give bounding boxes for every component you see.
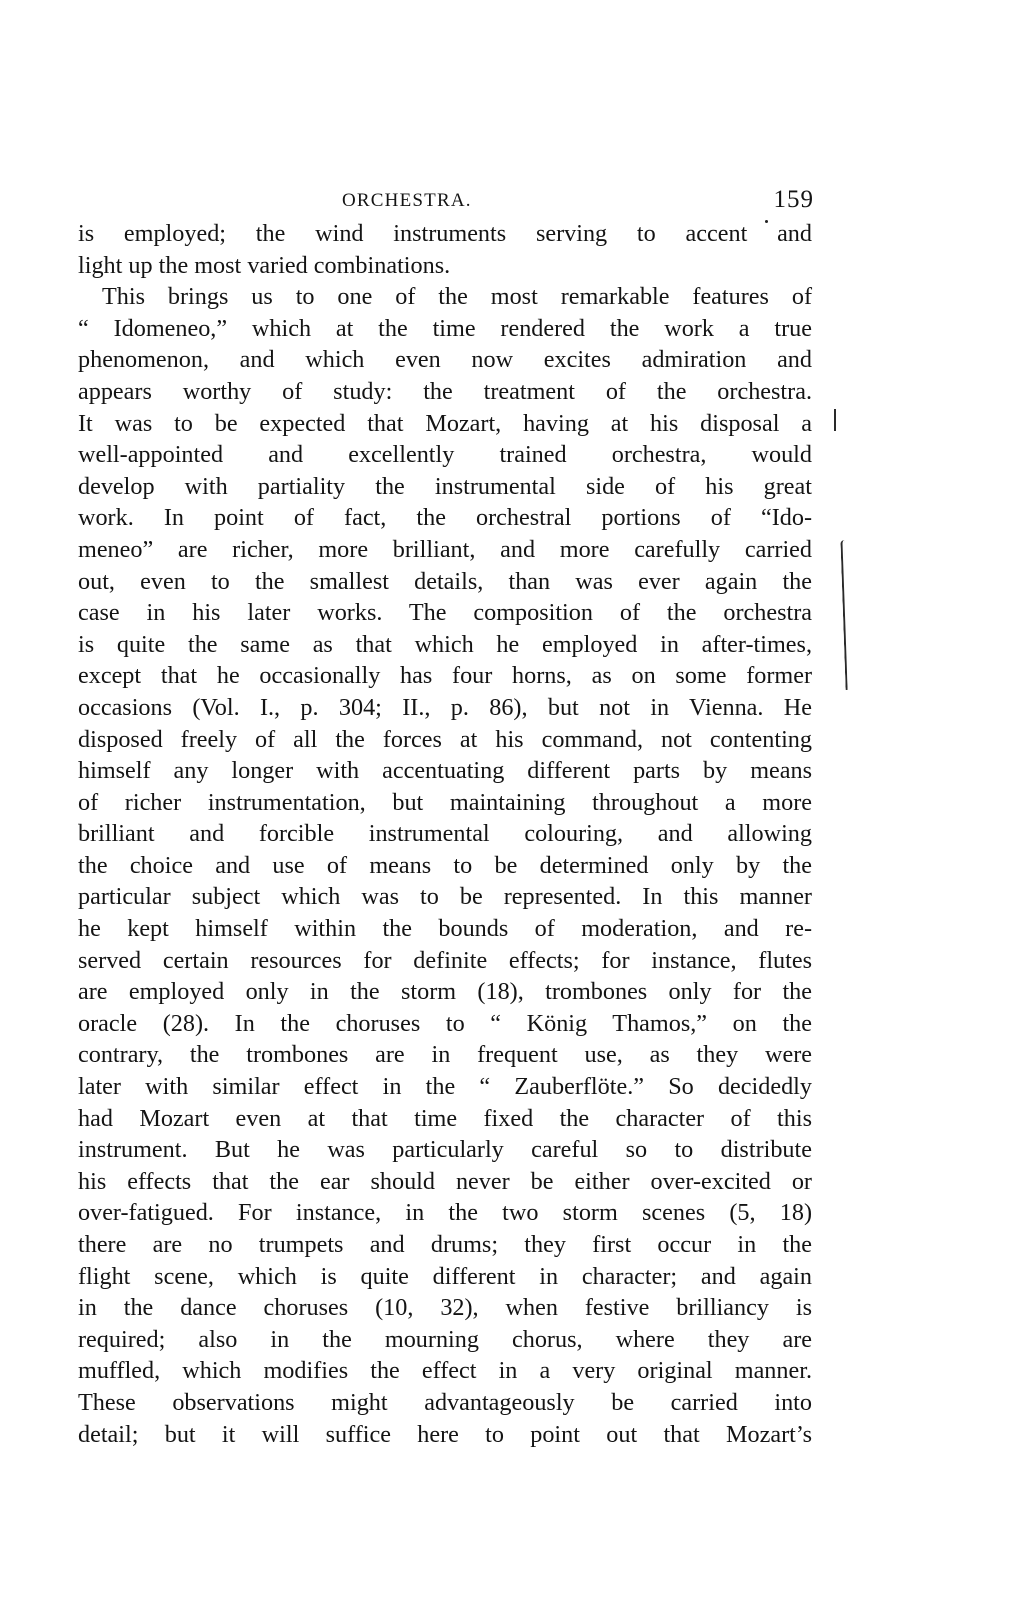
text-line: there are no trumpets and drums; they fi… bbox=[78, 1229, 812, 1261]
text-line: meneo” are richer, more brilliant, and m… bbox=[78, 534, 812, 566]
text-line: brilliant and forcible instrumental colo… bbox=[78, 818, 812, 850]
text-line: well-appointed and excellently trained o… bbox=[78, 439, 812, 471]
text-line: “ Idomeneo,” which at the time rendered … bbox=[78, 313, 812, 345]
text-line: he kept himself within the bounds of mod… bbox=[78, 913, 812, 945]
text-line: case in his later works. The composition… bbox=[78, 597, 812, 629]
text-line: is employed; the wind instruments servin… bbox=[78, 218, 812, 250]
body-text: is employed; the wind instruments servin… bbox=[78, 218, 812, 1450]
text-line: over-fatigued. For instance, in the two … bbox=[78, 1197, 812, 1229]
text-line: out, even to the smallest details, than … bbox=[78, 566, 812, 598]
text-line: had Mozart even at that time fixed the c… bbox=[78, 1103, 812, 1135]
book-page: ORCHESTRA. 159 is employed; the wind ins… bbox=[78, 186, 812, 1450]
text-line: work. In point of fact, the orchestral p… bbox=[78, 502, 812, 534]
margin-annotation-bracket bbox=[840, 540, 849, 690]
text-line: himself any longer with accentuating dif… bbox=[78, 755, 812, 787]
text-line: is quite the same as that which he emplo… bbox=[78, 629, 812, 661]
text-line: contrary, the trombones are in frequent … bbox=[78, 1039, 812, 1071]
margin-annotation-line bbox=[834, 409, 836, 431]
text-line: in the dance choruses (10, 32), when fes… bbox=[78, 1292, 812, 1324]
text-line: develop with partiality the instrumental… bbox=[78, 471, 812, 503]
text-line: light up the most varied combinations. bbox=[78, 250, 812, 282]
text-line: are employed only in the storm (18), tro… bbox=[78, 976, 812, 1008]
paragraph-start-line: This brings us to one of the most remark… bbox=[78, 281, 812, 313]
running-head: ORCHESTRA. 159 bbox=[78, 186, 812, 218]
text-line: later with similar effect in the “ Zaube… bbox=[78, 1071, 812, 1103]
text-line: served certain resources for definite ef… bbox=[78, 945, 812, 977]
text-line: particular subject which was to be repre… bbox=[78, 881, 812, 913]
text-line: detail; but it will suffice here to poin… bbox=[78, 1419, 812, 1451]
text-line: the choice and use of means to be determ… bbox=[78, 850, 812, 882]
text-line: disposed freely of all the forces at his… bbox=[78, 724, 812, 756]
text-line: It was to be expected that Mozart, havin… bbox=[78, 408, 812, 440]
text-line: occasions (Vol. I., p. 304; II., p. 86),… bbox=[78, 692, 812, 724]
text-line: These observations might advantageously … bbox=[78, 1387, 812, 1419]
text-line: his effects that the ear should never be… bbox=[78, 1166, 812, 1198]
text-line: appears worthy of study: the treatment o… bbox=[78, 376, 812, 408]
text-line: except that he occasionally has four hor… bbox=[78, 660, 812, 692]
text-line: required; also in the mourning chorus, w… bbox=[78, 1324, 812, 1356]
text-line: instrument. But he was particularly care… bbox=[78, 1134, 812, 1166]
text-line: of richer instrumentation, but maintaini… bbox=[78, 787, 812, 819]
text-line: phenomenon, and which even now excites a… bbox=[78, 344, 812, 376]
page-number: 159 bbox=[774, 186, 815, 214]
text-line: oracle (28). In the choruses to “ König … bbox=[78, 1008, 812, 1040]
text-line: flight scene, which is quite different i… bbox=[78, 1261, 812, 1293]
stray-dot-mark bbox=[765, 220, 768, 223]
text-line: muffled, which modifies the effect in a … bbox=[78, 1355, 812, 1387]
running-title: ORCHESTRA. bbox=[342, 190, 472, 212]
